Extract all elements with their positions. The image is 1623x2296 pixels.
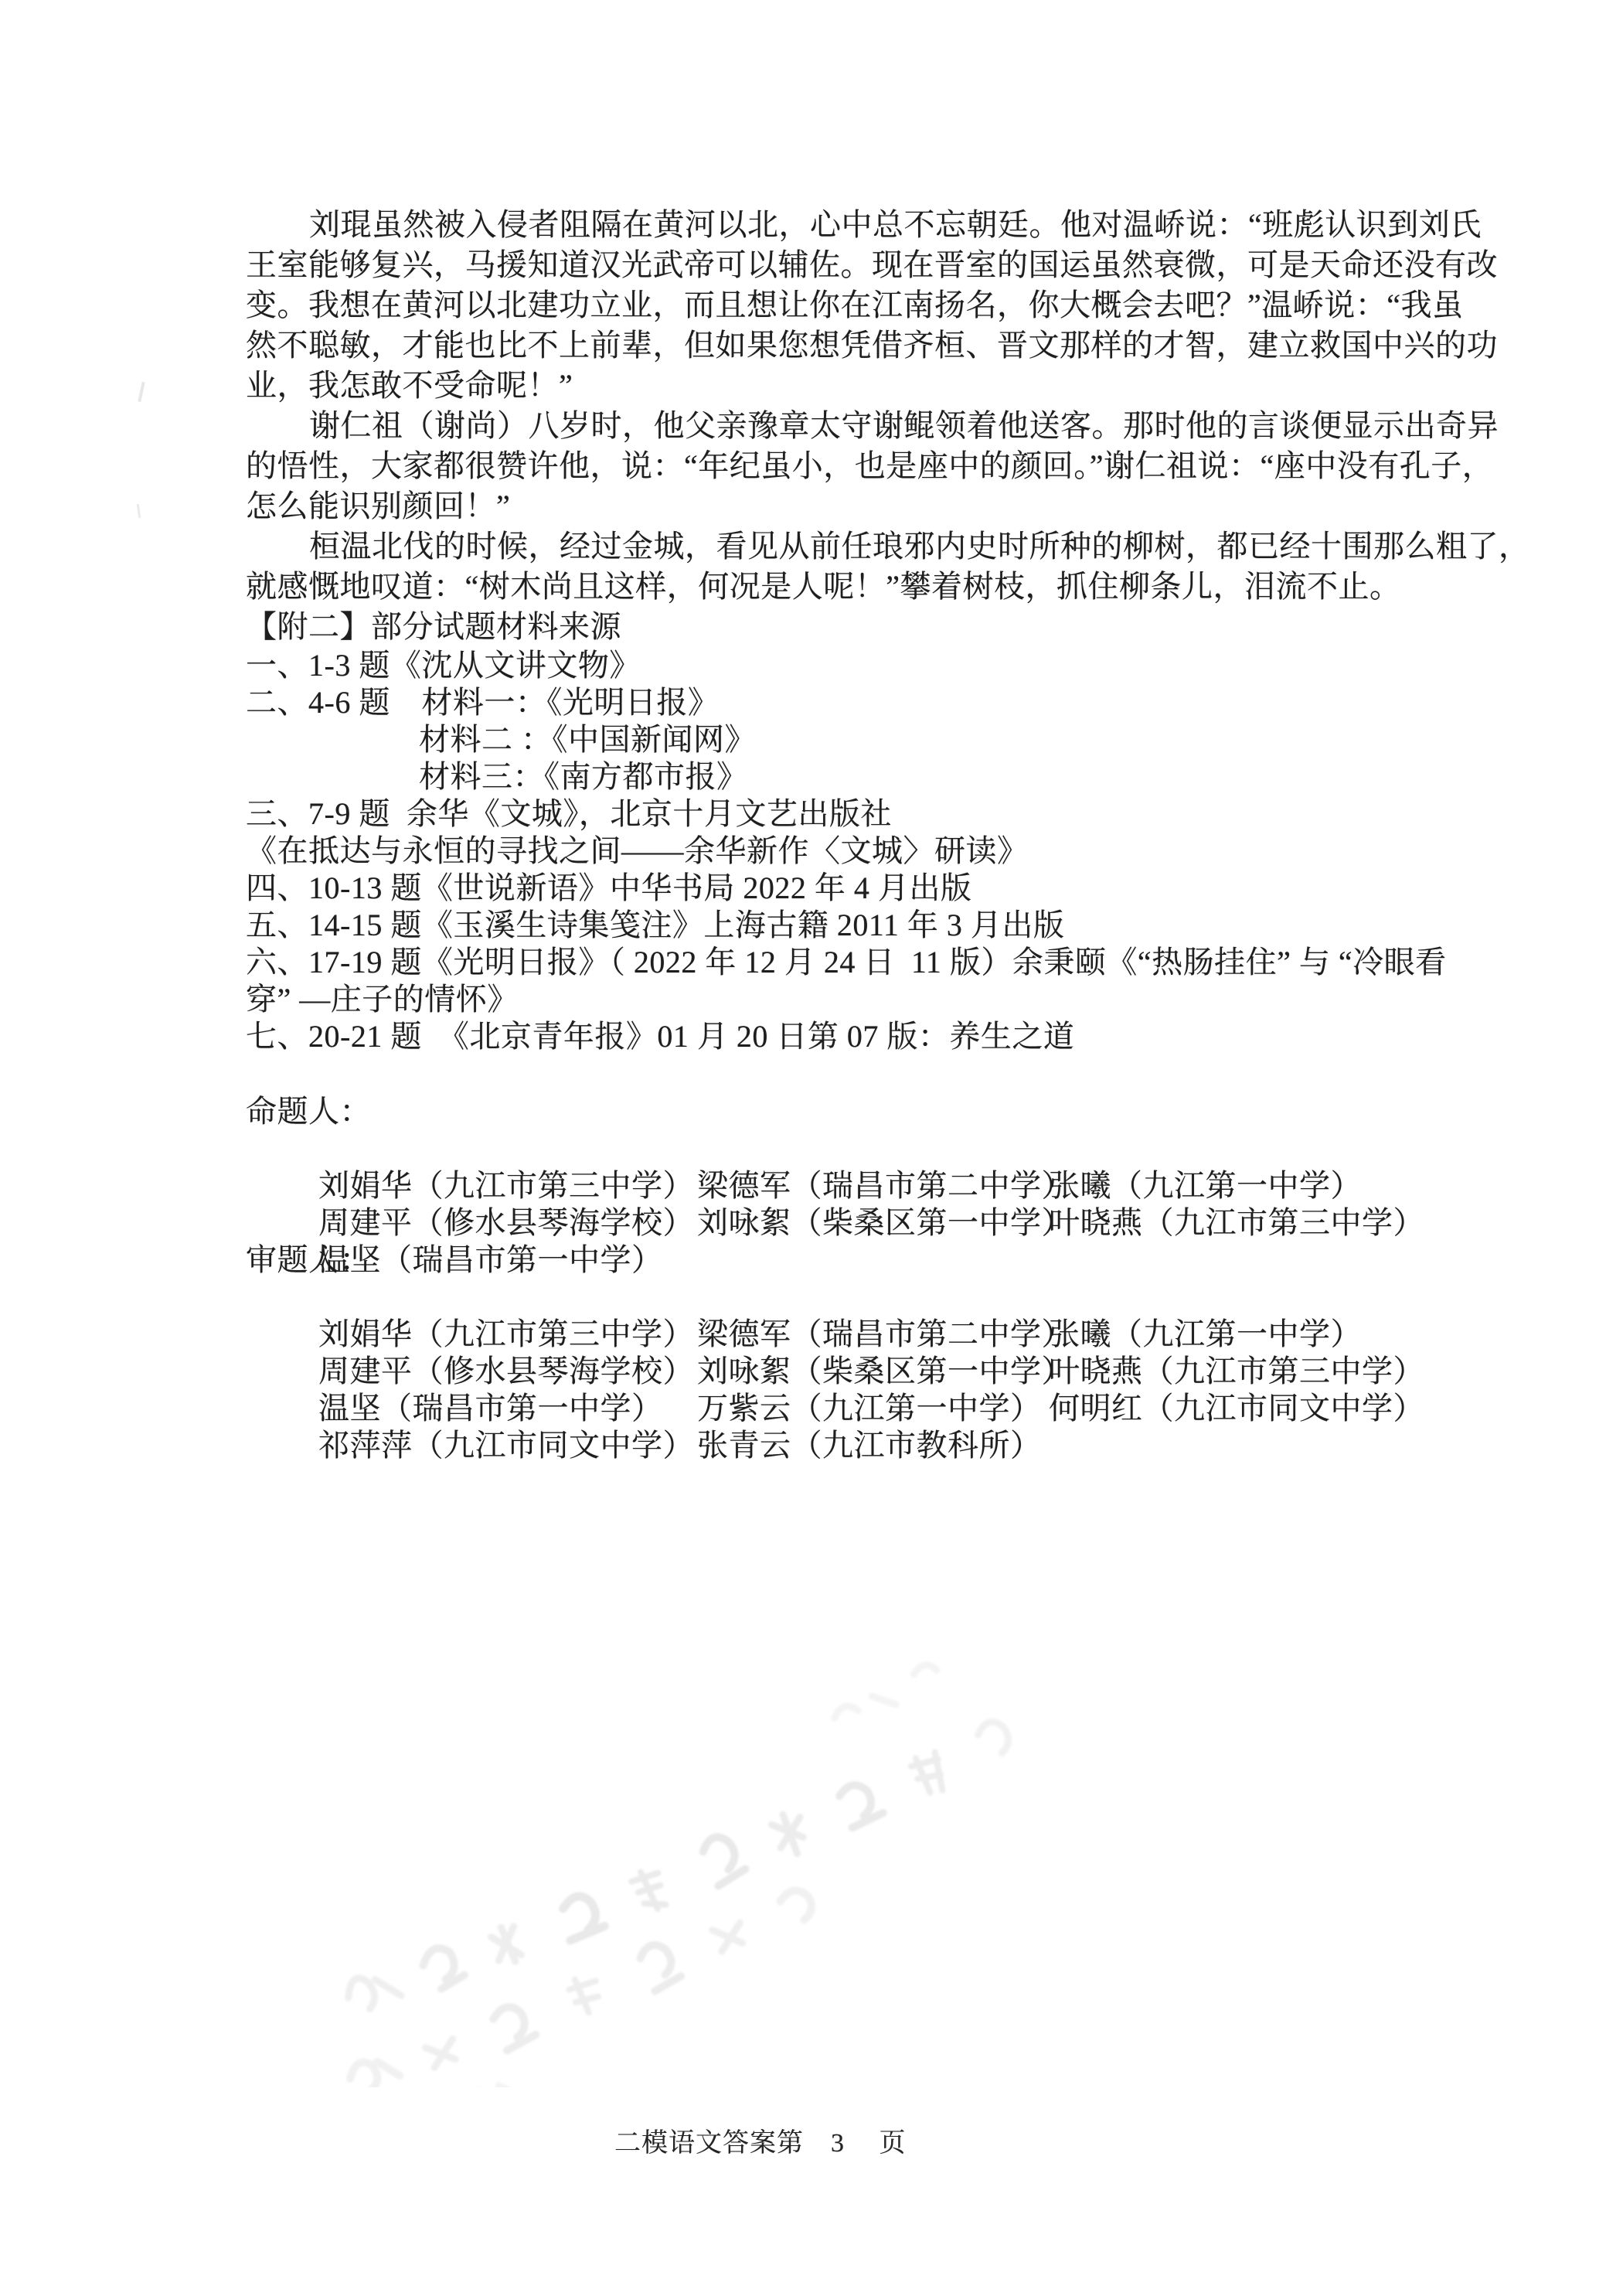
person-name: 万紫云（九江第一中学） bbox=[697, 1390, 1049, 1427]
paragraph-line: 桓温北伐的时候，经过金城，看见从前任琅邪内史时所种的柳树，都已经十围那么粗了， bbox=[246, 526, 1482, 567]
paragraph-line: 变。我想在黄河以北建功立业，而且想让你在江南扬名，你大概会去吧？”温峤说：“我虽 bbox=[246, 285, 1482, 325]
person-name: 刘娟华（九江市第三中学） bbox=[318, 1316, 697, 1353]
paragraph-line: 的悟性，大家都很赞许他，说：“年纪虽小，也是座中的颜回。”谢仁祖说：“座中没有孔… bbox=[246, 446, 1482, 486]
source-list-item: 二、4-6 题 材料一：《光明日报》 bbox=[246, 684, 1482, 721]
person-name: 温坚（瑞昌市第一中学） bbox=[318, 1390, 697, 1427]
source-list-item: 材料二 ：《中国新闻网》 bbox=[246, 721, 1482, 758]
source-list-item: 穿” —庄子的情怀》 bbox=[246, 981, 1482, 1018]
scan-watermark bbox=[209, 1639, 1121, 2087]
person-name: 祁萍萍（九江市同文中学） bbox=[318, 1427, 697, 1464]
source-list-item: 七、20-21 题 《北京青年报》01 月 20 日第 07 版：养生之道 bbox=[246, 1018, 1482, 1055]
source-list-item: 一、1-3 题《沈从文讲文物》 bbox=[246, 647, 1482, 684]
paragraph-line: 就感慨地叹道：“树木尚且这样，何况是人呢！”攀着树枝，抓住柳条儿，泪流不止。 bbox=[246, 567, 1482, 607]
paragraph-line: 刘琨虽然被入侵者阻隔在黄河以北，心中总不忘朝廷。他对温峤说：“班彪认识到刘氏 bbox=[246, 205, 1482, 245]
paragraph-line: 谢仁祖（谢尚）八岁时，他父亲豫章太守谢鲲领着他送客。那时他的言谈便显示出奇异 bbox=[246, 406, 1482, 446]
person-name: 周建平（修水县琴海学校） bbox=[318, 1353, 697, 1390]
scan-artifact bbox=[1458, 261, 1468, 264]
proposers-label: 命题人： bbox=[246, 1093, 1482, 1130]
source-list-item: 四、10-13 题《世说新语》中华书局 2022 年 4 月出版 bbox=[246, 870, 1482, 907]
person-name: 刘咏絮（柴桑区第一中学） bbox=[697, 1204, 1049, 1242]
person-name: 张曦（九江第一中学） bbox=[1049, 1167, 1362, 1204]
page-footer: 二模语文答案第 3 页 bbox=[614, 2128, 907, 2159]
paragraph-line: 王室能够复兴，马援知道汉光武帝可以辅佐。现在晋室的国运虽然衰微，可是天命还没有改 bbox=[246, 245, 1482, 285]
document-body: 刘琨虽然被入侵者阻隔在黄河以北，心中总不忘朝廷。他对温峤说：“班彪认识到刘氏 王… bbox=[246, 205, 1482, 1427]
reviewer-row: 刘娟华（九江市第三中学）梁德军（瑞昌市第二中学）张曦（九江第一中学） bbox=[246, 1279, 1482, 1316]
person-name: 叶晓燕（九江市第三中学） bbox=[1049, 1353, 1424, 1390]
source-list-item: 六、17-19 题《光明日报》（ 2022 年 12 月 24 日 11 版）余… bbox=[246, 944, 1482, 981]
person-name: 周建平（修水县琴海学校） bbox=[318, 1204, 697, 1242]
paragraph-line: 怎么能识别颜回！” bbox=[246, 486, 1482, 526]
source-list-item: 五、14-15 题《玉溪生诗集笺注》上海古籍 2011 年 3 月出版 bbox=[246, 907, 1482, 944]
person-name: 梁德军（瑞昌市第二中学） bbox=[697, 1167, 1049, 1204]
proposer-row: 刘娟华（九江市第三中学）梁德军（瑞昌市第二中学）张曦（九江第一中学） bbox=[246, 1130, 1482, 1167]
source-list-item: 材料三：《南方都市报》 bbox=[246, 758, 1482, 795]
paragraph-line: 然不聪敏，才能也比不上前辈，但如果您想凭借齐桓、晋文那样的才智，建立救国中兴的功 bbox=[246, 325, 1482, 366]
person-name: 张曦（九江第一中学） bbox=[1049, 1316, 1362, 1353]
person-name: 张青云（九江市教科所） bbox=[697, 1427, 1049, 1464]
person-name: 梁德军（瑞昌市第二中学） bbox=[697, 1316, 1049, 1353]
source-list-item: 《在抵达与永恒的寻找之间——余华新作〈文城〉研读》 bbox=[246, 833, 1482, 870]
person-name: 刘咏絮（柴桑区第一中学） bbox=[697, 1353, 1049, 1390]
person-name: 温坚（瑞昌市第一中学） bbox=[318, 1242, 697, 1279]
person-name: 叶晓燕（九江市第三中学） bbox=[1049, 1204, 1424, 1242]
scan-artifact bbox=[137, 504, 141, 518]
person-name: 刘娟华（九江市第三中学） bbox=[318, 1167, 697, 1204]
paragraph-line: 业，我怎敢不受命呢！” bbox=[246, 366, 1482, 406]
source-list-item: 三、7-9 题 余华《文城》，北京十月文艺出版社 bbox=[246, 795, 1482, 833]
scanned-document-page: 刘琨虽然被入侵者阻隔在黄河以北，心中总不忘朝廷。他对温峤说：“班彪认识到刘氏 王… bbox=[0, 0, 1623, 2296]
spacer bbox=[246, 1055, 1482, 1093]
appendix-heading: 【附二】部分试题材料来源 bbox=[246, 607, 1482, 647]
person-name: 何明红（九江市同文中学） bbox=[1049, 1390, 1424, 1427]
scan-artifact bbox=[138, 382, 145, 402]
